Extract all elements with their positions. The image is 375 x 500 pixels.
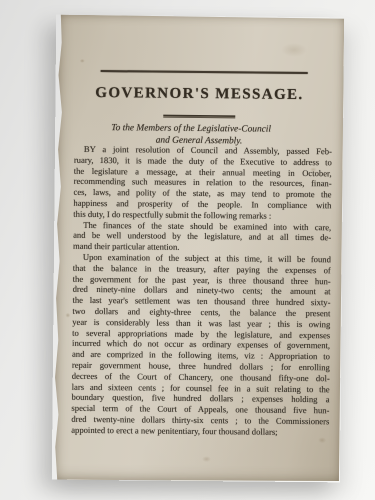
foxing-spot — [318, 437, 326, 443]
page-paper: GOVERNOR'S MESSAGE. To the Members of th… — [52, 15, 344, 483]
foxing-spot — [80, 59, 85, 63]
title-underline-rule — [163, 115, 235, 119]
salutation-line-1: To the Members of the Legislative-Counci… — [47, 123, 335, 136]
document-page: GOVERNOR'S MESSAGE. To the Members of th… — [52, 15, 344, 483]
photo-backdrop: GOVERNOR'S MESSAGE. To the Members of th… — [0, 0, 375, 500]
document-body: BY a joint resolution of Council and Ass… — [71, 144, 332, 438]
foxing-spot — [202, 456, 211, 462]
header-rule — [101, 70, 308, 74]
document-title: GOVERNOR'S MESSAGE. — [55, 85, 343, 105]
foxing-spot — [65, 313, 70, 318]
foxing-spot — [281, 43, 307, 57]
